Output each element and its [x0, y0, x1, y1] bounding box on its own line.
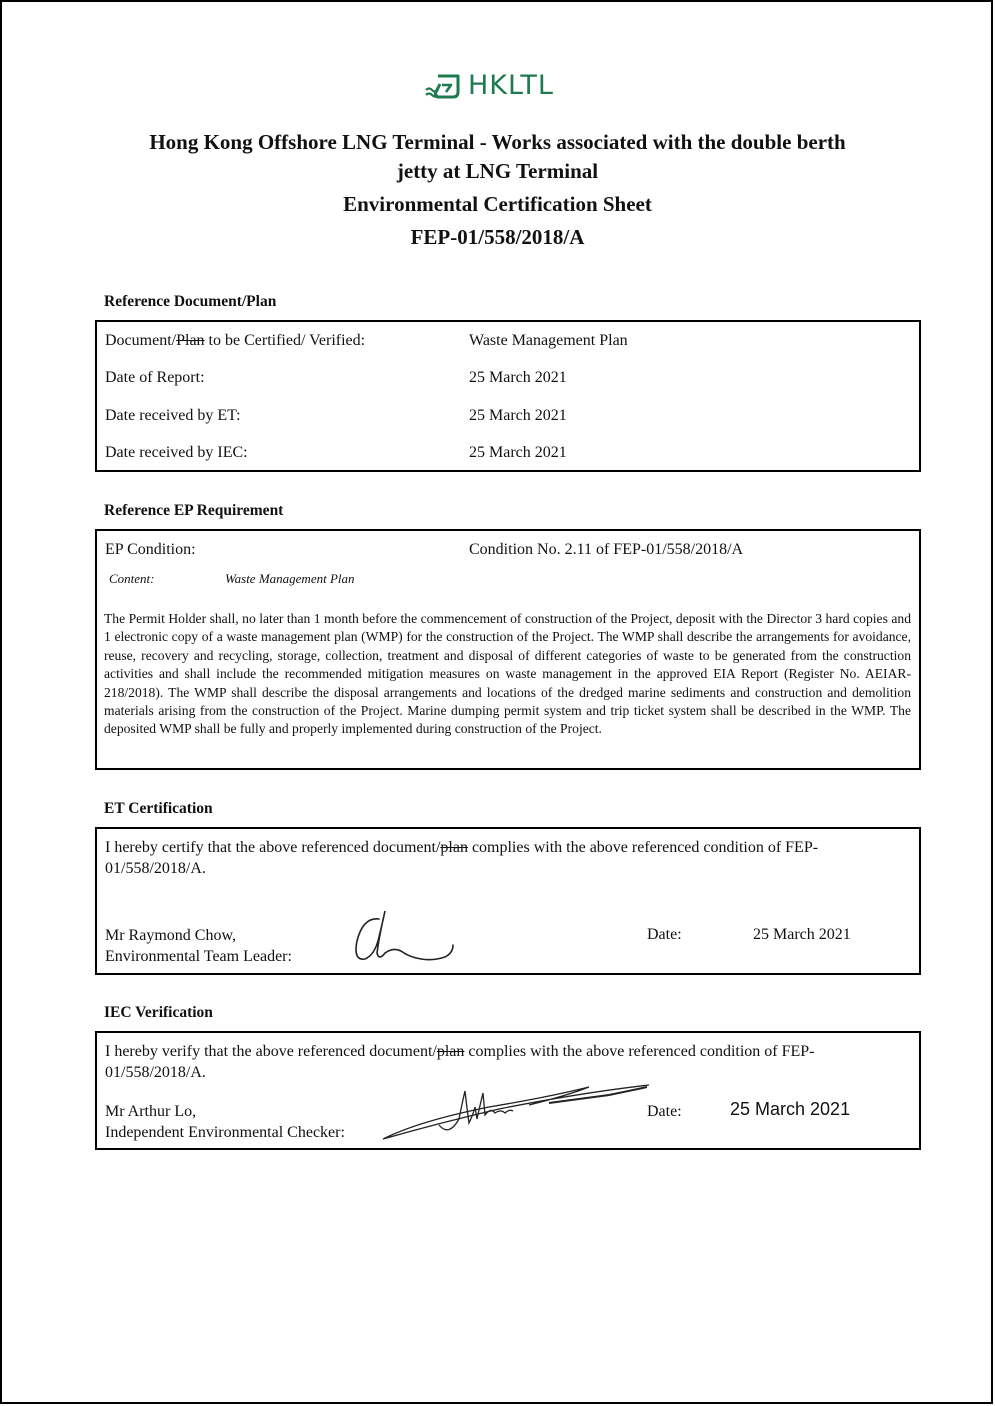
et-certification-box: I hereby certify that the above referenc…: [95, 827, 921, 975]
struck-text: Plan: [176, 332, 204, 349]
title-line-3: Environmental Certification Sheet: [60, 190, 935, 219]
et-date-value: 25 March 2021: [753, 926, 851, 944]
label-part: to be Certified/ Verified:: [205, 332, 366, 349]
ep-condition-paragraph: The Permit Holder shall, no later than 1…: [104, 610, 911, 739]
statement-part: I hereby certify that the above referenc…: [105, 839, 440, 856]
date-of-report-label: Date of Report:: [105, 369, 205, 387]
document-to-certify-value: Waste Management Plan: [469, 332, 628, 350]
reference-ep-heading: Reference EP Requirement: [104, 502, 283, 520]
et-signature-icon: [349, 907, 469, 969]
struck-text: plan: [440, 839, 468, 856]
et-date-label: Date:: [647, 926, 682, 944]
ep-condition-label: EP Condition:: [105, 541, 196, 559]
iec-signature-icon: [379, 1079, 659, 1143]
document-to-certify-label: Document/Plan to be Certified/ Verified:: [105, 332, 365, 350]
label-part: Document/: [105, 332, 176, 349]
date-received-iec-label: Date received by IEC:: [105, 444, 248, 462]
iec-verification-heading: IEC Verification: [104, 1004, 213, 1022]
reference-document-heading: Reference Document/Plan: [104, 293, 276, 311]
date-of-report-value: 25 March 2021: [469, 369, 567, 387]
statement-part: I hereby verify that the above reference…: [105, 1043, 437, 1060]
et-signatory-name: Mr Raymond Chow,: [105, 925, 236, 946]
struck-text: plan: [437, 1043, 465, 1060]
et-certification-statement: I hereby certify that the above referenc…: [105, 837, 899, 879]
title-line-4: FEP-01/558/2018/A: [60, 223, 935, 252]
reference-ep-box: EP Condition: Condition No. 2.11 of FEP-…: [95, 529, 921, 770]
hkltl-wave-leaf-icon: [424, 70, 464, 102]
iec-date-value: 25 March 2021: [730, 1099, 850, 1120]
et-signatory-role: Environmental Team Leader:: [105, 946, 292, 967]
hkltl-logo: HKLTL: [424, 68, 554, 104]
reference-document-box: Document/Plan to be Certified/ Verified:…: [95, 320, 921, 472]
et-certification-heading: ET Certification: [104, 800, 213, 818]
date-received-et-value: 25 March 2021: [469, 407, 567, 425]
content-value: Waste Management Plan: [225, 571, 355, 587]
logo-text: HKLTL: [468, 68, 554, 104]
title-line-1: Hong Kong Offshore LNG Terminal - Works …: [60, 128, 935, 157]
iec-signatory-role: Independent Environmental Checker:: [105, 1122, 345, 1143]
iec-verification-statement: I hereby verify that the above reference…: [105, 1041, 899, 1083]
date-received-et-label: Date received by ET:: [105, 407, 241, 425]
ep-condition-value: Condition No. 2.11 of FEP-01/558/2018/A: [469, 541, 743, 559]
content-label: Content:: [109, 571, 155, 587]
document-title: Hong Kong Offshore LNG Terminal - Works …: [60, 128, 935, 252]
iec-signatory-name: Mr Arthur Lo,: [105, 1101, 196, 1122]
iec-verification-box: I hereby verify that the above reference…: [95, 1031, 921, 1150]
iec-date-label: Date:: [647, 1103, 682, 1121]
date-received-iec-value: 25 March 2021: [469, 444, 567, 462]
title-line-2: jetty at LNG Terminal: [60, 157, 935, 186]
